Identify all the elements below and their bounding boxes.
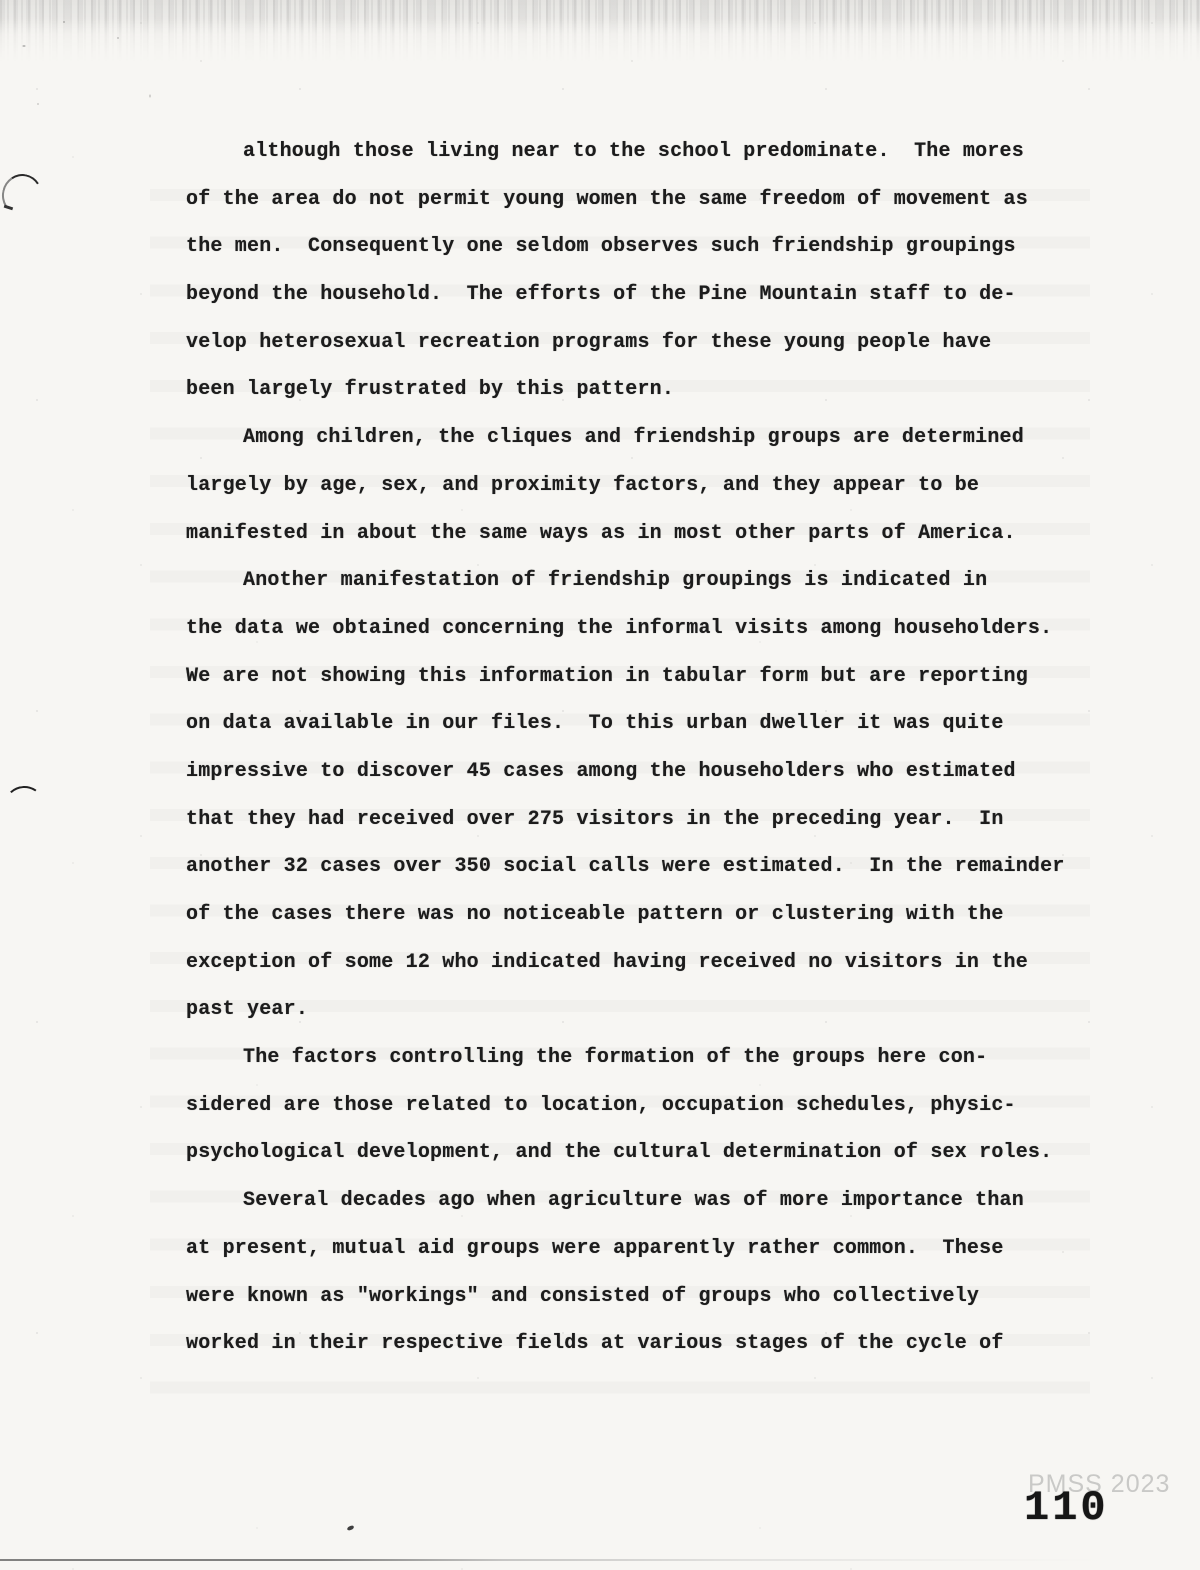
text-line: the men. Consequently one seldom observe… [186,223,1146,271]
typewritten-text-block: although those living near to the school… [186,128,1146,1368]
text-line: past year. [186,986,1146,1034]
text-line: at present, mutual aid groups were appar… [186,1225,1146,1273]
text-line: Among children, the cliques and friendsh… [186,414,1146,462]
text-line: impressive to discover 45 cases among th… [186,748,1146,796]
text-line: exception of some 12 who indicated havin… [186,939,1146,987]
scanned-document-page: although those living near to the school… [0,0,1200,1570]
text-line: We are not showing this information in t… [186,653,1146,701]
punch-hole-mark [5,785,43,817]
text-line: been largely frustrated by this pattern. [186,366,1146,414]
punch-hole-mark [0,170,46,219]
text-line: although those living near to the school… [186,128,1146,176]
text-line: Another manifestation of friendship grou… [186,557,1146,605]
text-line: psychological development, and the cultu… [186,1129,1146,1177]
scan-corner-smudge [0,0,210,120]
text-line: sidered are those related to location, o… [186,1082,1146,1130]
text-line: that they had received over 275 visitors… [186,796,1146,844]
text-line: largely by age, sex, and proximity facto… [186,462,1146,510]
page-number: 110 [1024,1484,1109,1532]
text-line: velop heterosexual recreation programs f… [186,319,1146,367]
text-line: on data available in our files. To this … [186,700,1146,748]
text-line: Several decades ago when agriculture was… [186,1177,1146,1225]
text-line: of the area do not permit young women th… [186,176,1146,224]
ink-speck [347,1525,355,1531]
text-line: The factors controlling the formation of… [186,1034,1146,1082]
text-line: worked in their respective fields at var… [186,1320,1146,1368]
text-line: beyond the household. The efforts of the… [186,271,1146,319]
text-line: another 32 cases over 350 social calls w… [186,843,1146,891]
text-line: of the cases there was no noticeable pat… [186,891,1146,939]
text-line: the data we obtained concerning the info… [186,605,1146,653]
scan-edge-line [0,1559,1200,1561]
text-line: manifested in about the same ways as in … [186,510,1146,558]
text-line: were known as "workings" and consisted o… [186,1273,1146,1321]
